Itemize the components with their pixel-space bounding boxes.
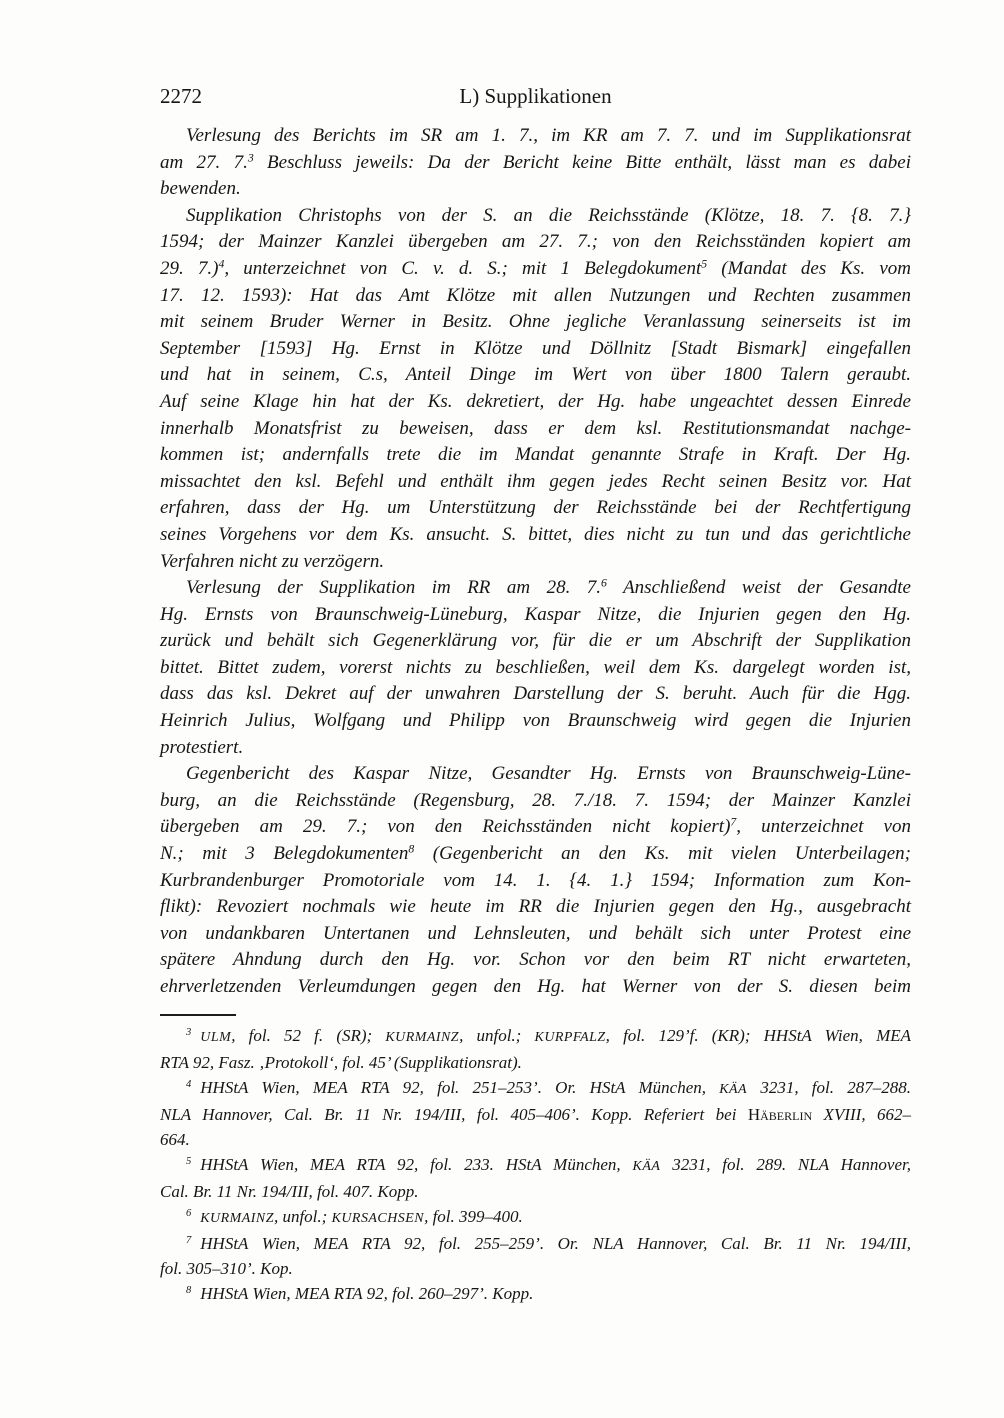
footnote-number: 8 (186, 1285, 191, 1296)
text-line: protestiert. (160, 735, 911, 762)
text-run: ehrverletzenden Verleumdungen gegen den … (160, 976, 911, 997)
footnote: 6KURMAINZ, unfol.; KURSACHSEN, fol. 399–… (160, 1204, 911, 1231)
footnote-line: 5HHStA Wien, MEA RTA 92, fol. 233. HStA … (160, 1152, 911, 1179)
text-line: September [1593] Hg. Ernst in Klötze und… (160, 336, 911, 363)
text-run: seines Vorgehens vor dem Ks. ansucht. S.… (160, 524, 911, 545)
footnote: 5HHStA Wien, MEA RTA 92, fol. 233. HStA … (160, 1152, 911, 1204)
text-line: innerhalb Monatsfrist zu beweisen, dass … (160, 416, 911, 443)
text-line: seines Vorgehens vor dem Ks. ansucht. S.… (160, 522, 911, 549)
siglum-run: KURMAINZ (200, 1211, 274, 1226)
text-run: Gegenbericht des Kaspar Nitze, Gesandter… (186, 763, 911, 784)
text-run: zurück und behält sich Gegenerklärung vo… (160, 630, 911, 651)
text-run: Verlesung der Supplikation im RR am 28. … (186, 577, 601, 598)
text-run: 29. 7.) (160, 258, 218, 279)
text-line: Gegenbericht des Kaspar Nitze, Gesandter… (160, 761, 911, 788)
text-line: missachtet den ksl. Befehl und enthält i… (160, 469, 911, 496)
text-line: Verlesung der Supplikation im RR am 28. … (160, 575, 911, 602)
text-line: übergeben am 29. 7.; von den Reichsständ… (160, 814, 911, 841)
text-line: erfahren, dass der Hg. um Unterstützung … (160, 495, 911, 522)
text-run: Kurbrandenburger Promotoriale vom 14. 1.… (160, 870, 911, 891)
text-block: 2272 L) Supplikationen Verlesung des Ber… (160, 84, 911, 1306)
text-line: burg, an die Reichsstände (Regensburg, 2… (160, 788, 911, 815)
footnote: 4HHStA Wien, MEA RTA 92, fol. 251–253’. … (160, 1075, 911, 1152)
text-run: missachtet den ksl. Befehl und enthält i… (160, 471, 911, 492)
text-line: ehrverletzenden Verleumdungen gegen den … (160, 974, 911, 1001)
text-run: Cal. Br. 11 Nr. 194/III, fol. 407. Kopp. (160, 1182, 418, 1201)
text-run: übergeben am 29. 7.; von den Reichsständ… (160, 816, 730, 837)
footnote-number: 6 (186, 1208, 191, 1219)
text-line: und hat in seinem, C.s, Anteil Dinge im … (160, 362, 911, 389)
footnote-number: 3 (186, 1027, 191, 1038)
text-run: 664. (160, 1130, 190, 1149)
text-run: , fol. 52 f. (SR); (231, 1026, 385, 1045)
text-run: HHStA Wien, MEA RTA 92, fol. 251–253’. O… (200, 1078, 719, 1097)
paragraph: Verlesung des Berichts im SR am 1. 7., i… (160, 123, 911, 203)
text-run: HHStA Wien, MEA RTA 92, fol. 260–297’. K… (200, 1284, 533, 1303)
text-run: HHStA Wien, MEA RTA 92, fol. 255–259’. O… (200, 1234, 911, 1253)
text-run: Supplikation Christophs von der S. an di… (186, 205, 911, 226)
page-number: 2272 (160, 84, 202, 109)
text-line: N.; mit 3 Belegdokumenten8 (Gegenbericht… (160, 841, 911, 868)
text-run: Verlesung des Berichts im SR am 1. 7., i… (186, 125, 911, 146)
text-line: Heinrich Julius, Wolfgang und Philipp vo… (160, 708, 911, 735)
footnote: 7HHStA Wien, MEA RTA 92, fol. 255–259’. … (160, 1231, 911, 1281)
body-text: Verlesung des Berichts im SR am 1. 7., i… (160, 123, 911, 1001)
text-run: Anschließend weist der Gesandte (607, 577, 911, 598)
text-line: 1594; der Mainzer Kanzlei übergeben am 2… (160, 229, 911, 256)
text-run: , unterzeichnet von C. v. d. S.; mit 1 B… (224, 258, 701, 279)
text-run: Auf seine Klage hin hat der Ks. dekretie… (160, 391, 911, 412)
text-run: spätere Ahndung durch den Hg. vor. Schon… (160, 949, 911, 970)
footnote-line: 6KURMAINZ, unfol.; KURSACHSEN, fol. 399–… (160, 1204, 911, 1231)
footnote-line: fol. 305–310’. Kop. (160, 1256, 911, 1281)
text-run: , unterzeichnet von (736, 816, 911, 837)
footnote-line: Cal. Br. 11 Nr. 194/III, fol. 407. Kopp. (160, 1179, 911, 1204)
text-run: burg, an die Reichsstände (Regensburg, 2… (160, 790, 911, 811)
text-run: innerhalb Monatsfrist zu beweisen, dass … (160, 418, 911, 439)
text-run: erfahren, dass der Hg. um Unterstützung … (160, 497, 911, 518)
text-run: flikt): Revoziert nochmals wie heute im … (160, 896, 911, 917)
siglum-run: KURPFALZ (535, 1030, 606, 1045)
page-header: 2272 L) Supplikationen (160, 84, 911, 111)
text-line: Verlesung des Berichts im SR am 1. 7., i… (160, 123, 911, 150)
text-line: von undankbaren Untertanen und Lehnsleut… (160, 921, 911, 948)
running-title: L) Supplikationen (160, 84, 911, 109)
paragraph: Verlesung der Supplikation im RR am 28. … (160, 575, 911, 761)
text-run: und hat in seinem, C.s, Anteil Dinge im … (160, 364, 911, 385)
text-line: Kurbrandenburger Promotoriale vom 14. 1.… (160, 868, 911, 895)
text-run: (Mandat des Ks. vom (707, 258, 911, 279)
footnote-line: 664. (160, 1127, 911, 1152)
footnote-separator (160, 1014, 236, 1016)
text-run: September [1593] Hg. Ernst in Klötze und… (160, 338, 911, 359)
text-run: von undankbaren Untertanen und Lehnsleut… (160, 923, 911, 944)
text-run: Hg. Ernsts von Braunschweig-Lüneburg, Ka… (160, 604, 911, 625)
text-line: bittet. Bittet zudem, vorerst nichts zu … (160, 655, 911, 682)
text-run: RTA 92, Fasz. ‚Protokoll‘, fol. 45’ (Sup… (160, 1053, 522, 1072)
siglum-run: ULM (200, 1030, 231, 1045)
text-run: , unfol.; (459, 1026, 534, 1045)
text-line: mit seinem Bruder Werner in Besitz. Ohne… (160, 309, 911, 336)
footnotes: 3ULM, fol. 52 f. (SR); KURMAINZ, unfol.;… (160, 1023, 911, 1306)
text-run: mit seinem Bruder Werner in Besitz. Ohne… (160, 311, 911, 332)
paragraph: Gegenbericht des Kaspar Nitze, Gesandter… (160, 761, 911, 1000)
text-run: 3231, fol. 287–288. (747, 1078, 911, 1097)
paragraph: Supplikation Christophs von der S. an di… (160, 203, 911, 575)
footnote: 3ULM, fol. 52 f. (SR); KURMAINZ, unfol.;… (160, 1023, 911, 1075)
text-line: zurück und behält sich Gegenerklärung vo… (160, 628, 911, 655)
siglum-run: KÄA (719, 1082, 747, 1097)
text-run: , unfol.; (274, 1207, 332, 1226)
text-run: Verfahren nicht zu verzögern. (160, 551, 384, 572)
footnote-line: 4HHStA Wien, MEA RTA 92, fol. 251–253’. … (160, 1075, 911, 1102)
footnote-line: 7HHStA Wien, MEA RTA 92, fol. 255–259’. … (160, 1231, 911, 1256)
siglum-run: KURSACHSEN (332, 1211, 425, 1226)
text-line: bewenden. (160, 176, 911, 203)
text-run: bittet. Bittet zudem, vorerst nichts zu … (160, 657, 911, 678)
text-run: HHStA Wien, MEA RTA 92, fol. 233. HStA M… (200, 1155, 632, 1174)
footnote-number: 7 (186, 1235, 191, 1246)
text-line: dass das ksl. Dekret auf der unwahren Da… (160, 681, 911, 708)
text-run: bewenden. (160, 178, 241, 199)
footnote-line: 3ULM, fol. 52 f. (SR); KURMAINZ, unfol.;… (160, 1023, 911, 1050)
text-run: (Gegenbericht an den Ks. mit vielen Unte… (414, 843, 911, 864)
text-run: 17. 12. 1593): Hat das Amt Klötze mit al… (160, 285, 911, 306)
siglum-run: KURMAINZ (385, 1030, 459, 1045)
text-run: , fol. 129’f. (KR); HHStA Wien, MEA (606, 1026, 911, 1045)
text-line: Supplikation Christophs von der S. an di… (160, 203, 911, 230)
text-run: Heinrich Julius, Wolfgang und Philipp vo… (160, 710, 911, 731)
footnote: 8HHStA Wien, MEA RTA 92, fol. 260–297’. … (160, 1281, 911, 1306)
text-line: Verfahren nicht zu verzögern. (160, 549, 911, 576)
text-line: flikt): Revoziert nochmals wie heute im … (160, 894, 911, 921)
text-run: am 27. 7. (160, 152, 248, 173)
footnote-line: NLA Hannover, Cal. Br. 11 Nr. 194/III, f… (160, 1102, 911, 1127)
text-line: Hg. Ernsts von Braunschweig-Lüneburg, Ka… (160, 602, 911, 629)
text-run: 3231, fol. 289. NLA Hannover, (660, 1155, 911, 1174)
text-run: N.; mit 3 Belegdokumenten (160, 843, 408, 864)
text-line: spätere Ahndung durch den Hg. vor. Schon… (160, 947, 911, 974)
footnote-number: 5 (186, 1156, 191, 1167)
text-line: 17. 12. 1593): Hat das Amt Klötze mit al… (160, 283, 911, 310)
siglum-run: KÄA (633, 1159, 661, 1174)
footnote-line: 8HHStA Wien, MEA RTA 92, fol. 260–297’. … (160, 1281, 911, 1306)
text-line: Auf seine Klage hin hat der Ks. dekretie… (160, 389, 911, 416)
footnote-line: RTA 92, Fasz. ‚Protokoll‘, fol. 45’ (Sup… (160, 1050, 911, 1075)
text-run: fol. 305–310’. Kop. (160, 1259, 293, 1278)
text-run: 1594; der Mainzer Kanzlei übergeben am 2… (160, 231, 911, 252)
book-page: 2272 L) Supplikationen Verlesung des Ber… (0, 0, 1004, 1418)
text-run: kommen ist; andernfalls trete die im Man… (160, 444, 911, 465)
text-run: XVIII, 662– (812, 1105, 911, 1124)
text-line: 29. 7.)4, unterzeichnet von C. v. d. S.;… (160, 256, 911, 283)
footnote-number: 4 (186, 1079, 191, 1090)
text-run: NLA Hannover, Cal. Br. 11 Nr. 194/III, f… (160, 1105, 748, 1124)
text-line: am 27. 7.3 Beschluss jeweils: Da der Ber… (160, 150, 911, 177)
text-run: dass das ksl. Dekret auf der unwahren Da… (160, 683, 911, 704)
text-run: , fol. 399–400. (424, 1207, 523, 1226)
author-smallcaps-run: Häberlin (748, 1105, 812, 1124)
text-line: kommen ist; andernfalls trete die im Man… (160, 442, 911, 469)
text-run: protestiert. (160, 737, 243, 758)
text-run: Beschluss jeweils: Da der Bericht keine … (254, 152, 911, 173)
